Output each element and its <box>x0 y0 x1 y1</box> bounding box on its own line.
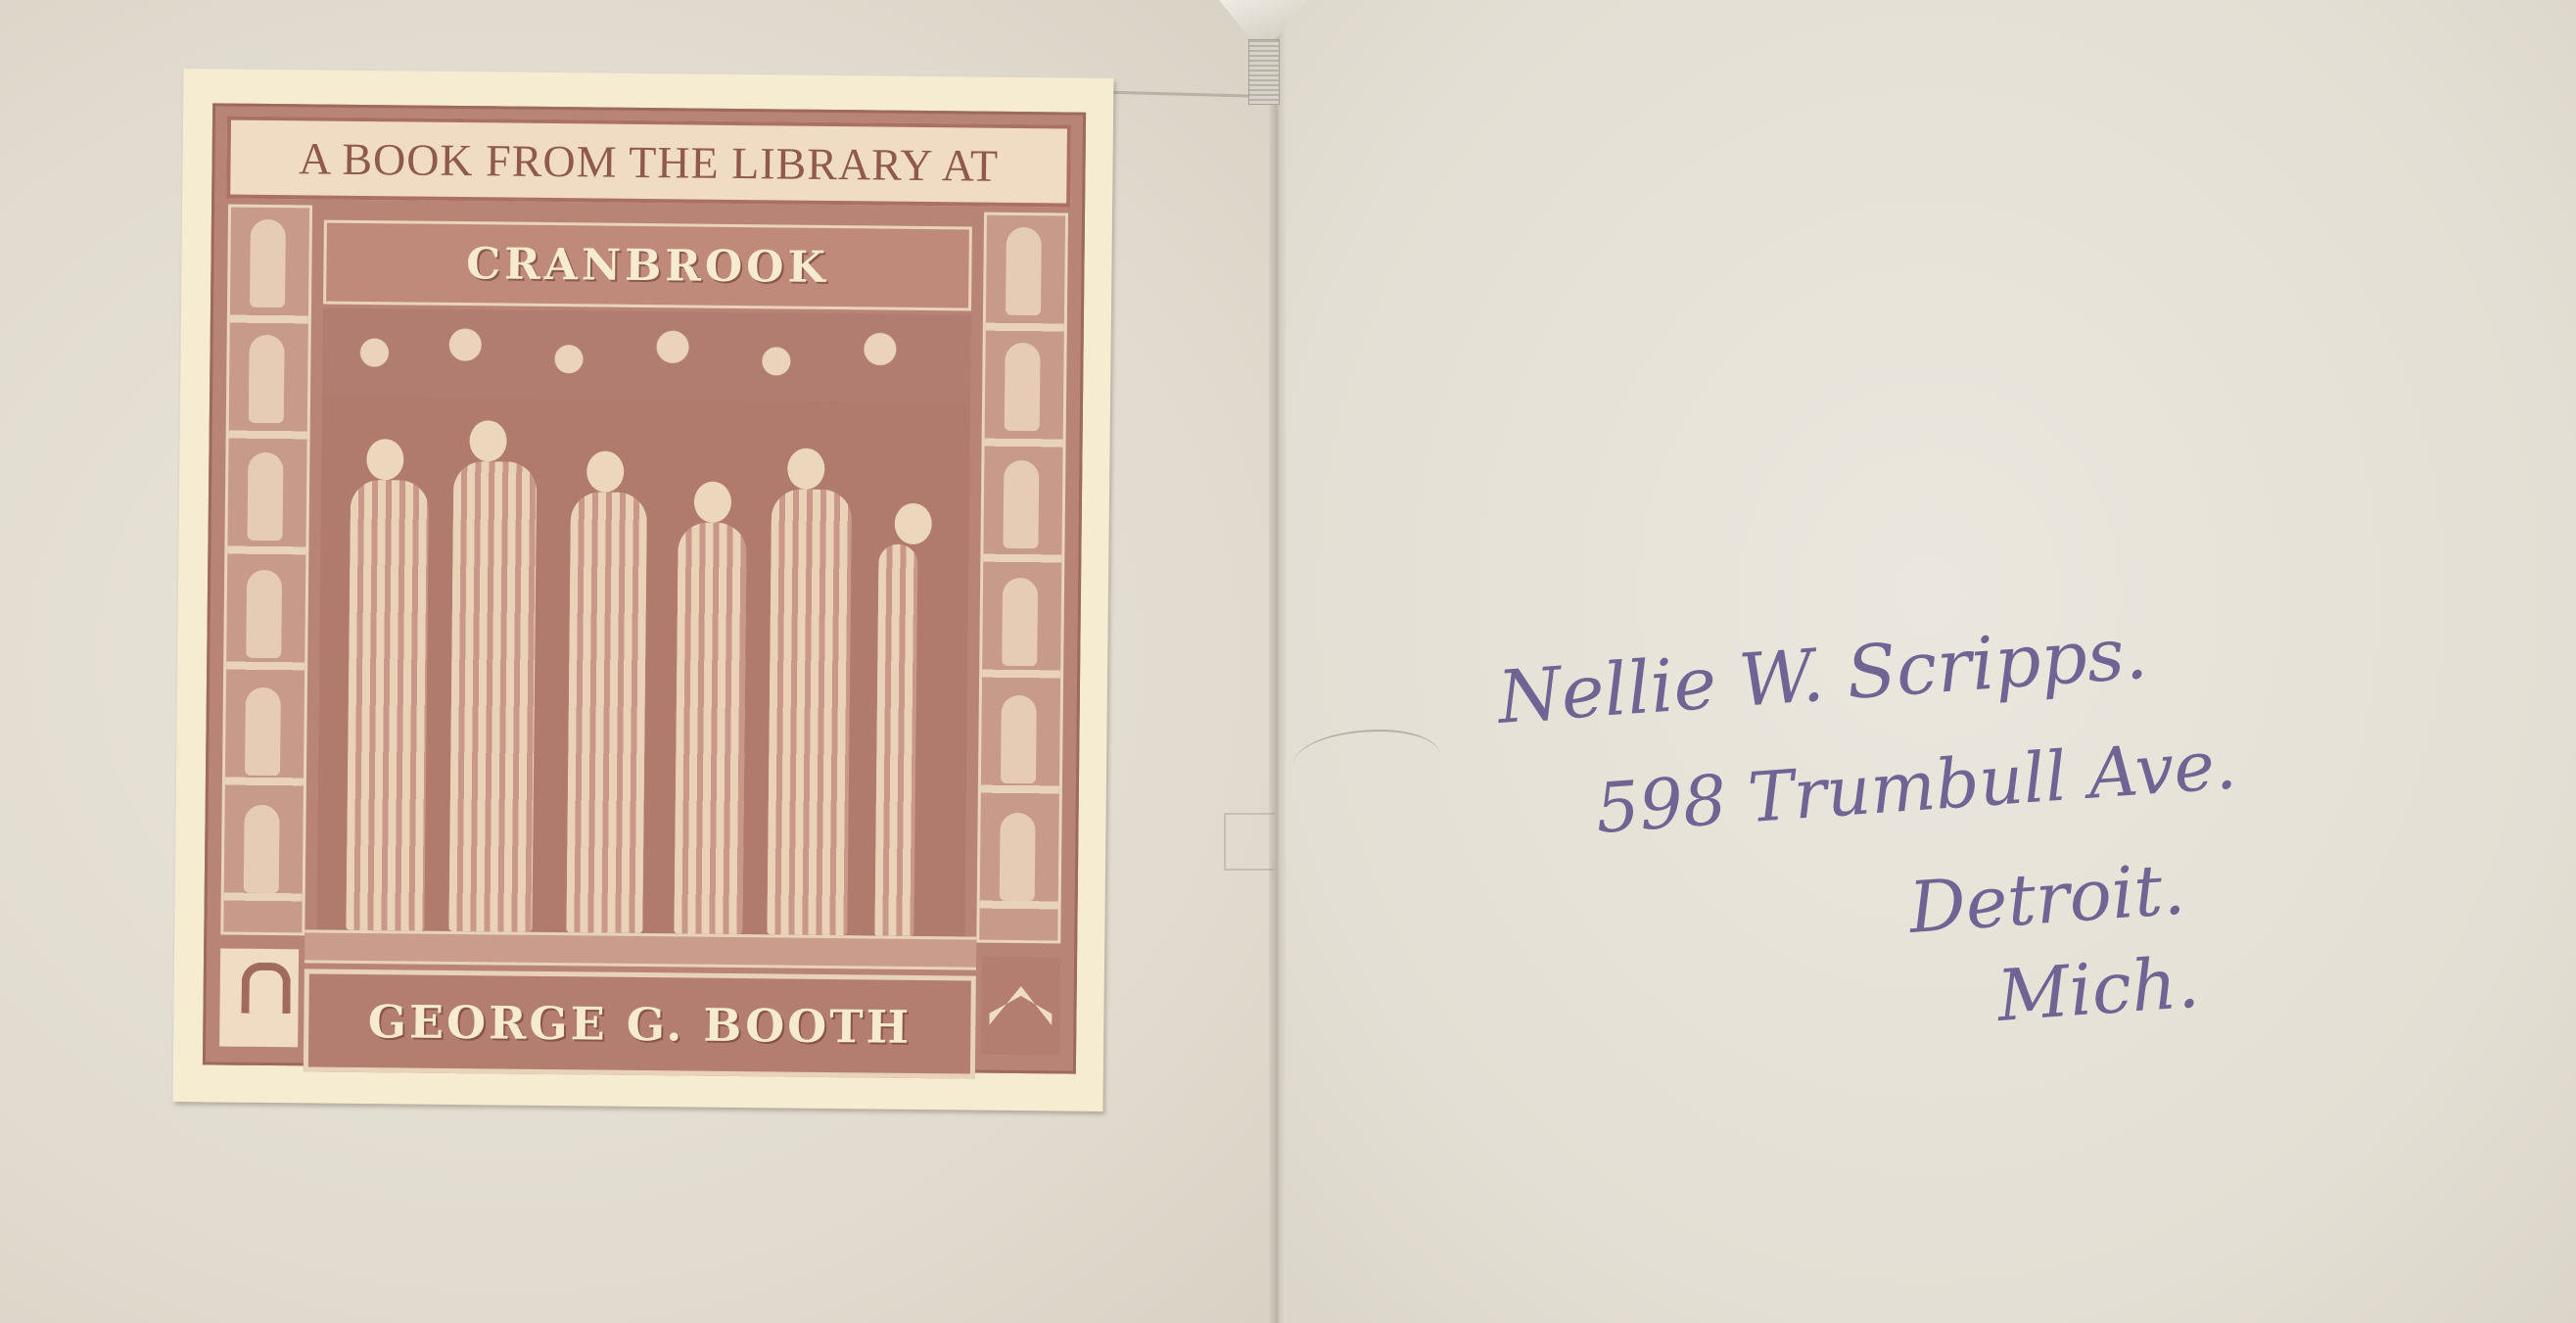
inscription-state: Mich. <box>1994 941 2202 1037</box>
saint-figure-icon <box>248 452 284 541</box>
inscription-city: Detroit. <box>1906 847 2187 948</box>
saint-figure-icon <box>1001 695 1037 783</box>
bookplate-header-text: A BOOK FROM THE LIBRARY AT <box>299 132 999 191</box>
bookplate-print: A BOOK FROM THE LIBRARY AT CRANBROOK <box>203 103 1086 1073</box>
robed-figure-icon <box>448 461 537 932</box>
hinge-repair-patch <box>1224 813 1275 871</box>
saint-figure-icon <box>1003 460 1039 548</box>
open-book-spread: A BOOK FROM THE LIBRARY AT CRANBROOK <box>0 0 2576 1323</box>
saint-figure-icon <box>245 687 281 776</box>
small-figure-icon <box>874 544 917 936</box>
saint-figure-icon <box>1000 813 1036 901</box>
robed-figure-icon <box>566 492 647 933</box>
owner-banner: GEORGE G. BOOTH <box>304 969 976 1078</box>
spine-cloth-mesh <box>1248 39 1280 105</box>
handwritten-inscription: Nellie W. Scripps. 598 Trumbull Ave. Det… <box>1498 637 2536 1048</box>
chevron-icon <box>989 986 1052 1026</box>
bookplate: A BOOK FROM THE LIBRARY AT CRANBROOK <box>173 69 1114 1111</box>
institution-banner: CRANBROOK <box>323 220 972 311</box>
saint-figure-icon <box>1002 578 1038 666</box>
saint-figure-icon <box>250 219 286 307</box>
saint-figure-icon <box>246 570 282 658</box>
chevron-shield <box>981 957 1060 1056</box>
book-gutter <box>1269 0 1287 1323</box>
owner-name: GEORGE G. BOOTH <box>367 995 912 1054</box>
horseshoe-shield <box>219 948 299 1047</box>
horseshoe-icon <box>241 963 291 1015</box>
saint-figure-icon <box>1006 227 1042 315</box>
robed-figure-icon <box>767 489 852 935</box>
bookplate-header: A BOOK FROM THE LIBRARY AT <box>226 117 1071 208</box>
robed-figure-icon <box>346 480 429 931</box>
floral-tracery <box>322 308 971 403</box>
inscription-street: 598 Trumbull Ave. <box>1593 724 2238 849</box>
scene-base <box>304 929 976 969</box>
carved-figures-scene <box>316 397 970 937</box>
left-column-niches <box>220 205 312 936</box>
saint-figure-icon <box>244 805 280 893</box>
saint-figure-icon <box>249 335 285 423</box>
right-column-niches <box>976 213 1068 944</box>
institution-name: CRANBROOK <box>466 239 829 293</box>
saint-figure-icon <box>1005 343 1041 431</box>
robed-figure-icon <box>674 522 746 934</box>
